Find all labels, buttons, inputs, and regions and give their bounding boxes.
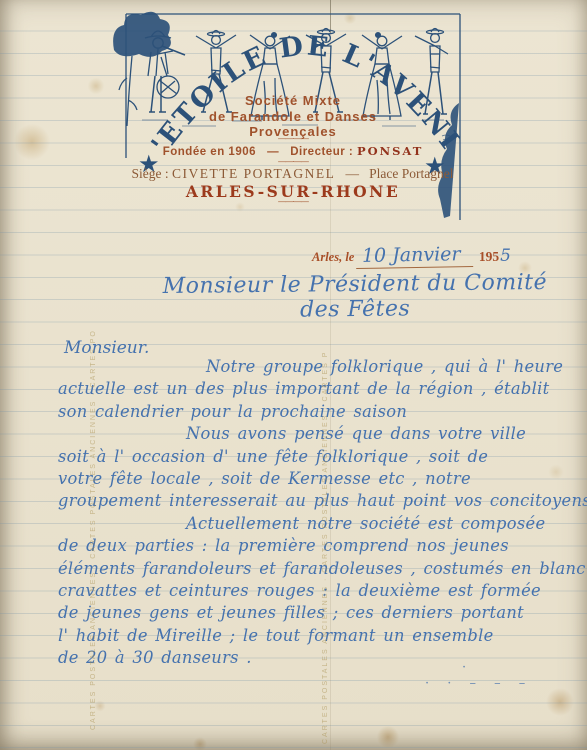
ornament-divider: ——·—— xyxy=(148,159,438,165)
society-line-1: Société Mixte xyxy=(148,93,438,109)
siege-value: CIVETTE PORTAGNEL xyxy=(172,166,335,181)
watermark-strip-center: cartes postales anciennes · cartes posta… xyxy=(322,352,329,744)
dash: — xyxy=(346,166,360,181)
society-subtitle: Société Mixte de Farandole et Danses Pro… xyxy=(148,93,438,140)
siege-place: Place Portagnel xyxy=(369,166,453,181)
dateline: Arles, le 10 Janvier 195 5 xyxy=(312,244,572,268)
director-name: PONSAT xyxy=(357,144,423,158)
printed-year-prefix: 195 xyxy=(479,249,499,265)
tree-left-icon xyxy=(113,12,171,57)
watermark-strip-left: cartes postales anciennes · cartes posta… xyxy=(90,330,97,730)
siege-line: Siège : CIVETTE PORTAGNEL — Place Portag… xyxy=(60,166,525,182)
handwritten-date: 10 Janvier xyxy=(356,243,473,269)
salutation: Monsieur le Président du Comité des Fête… xyxy=(140,270,571,325)
society-line-2: de Farandole et Danses xyxy=(148,109,438,125)
founded-director-line: Fondée en 1906 — Directeur : PONSAT xyxy=(118,144,468,158)
siege-label: Siège : xyxy=(131,166,168,181)
ornament-divider: ——·—— xyxy=(148,136,438,142)
scanned-letter-page: L'ETOILE DE L'AVENIR ★ ★ Société Mixte d… xyxy=(0,0,587,750)
printed-city-label: Arles, le xyxy=(312,250,354,265)
ink-dot: · xyxy=(462,660,473,675)
ornament-divider: ——·—— xyxy=(148,199,438,205)
founded-label: Fondée en 1906 xyxy=(163,146,256,158)
ink-dashes: · · – – – xyxy=(425,676,532,691)
handwritten-year-digit: 5 xyxy=(500,246,511,266)
opening-word: Monsieur. xyxy=(64,338,149,358)
tree-left-trunk xyxy=(119,56,137,126)
